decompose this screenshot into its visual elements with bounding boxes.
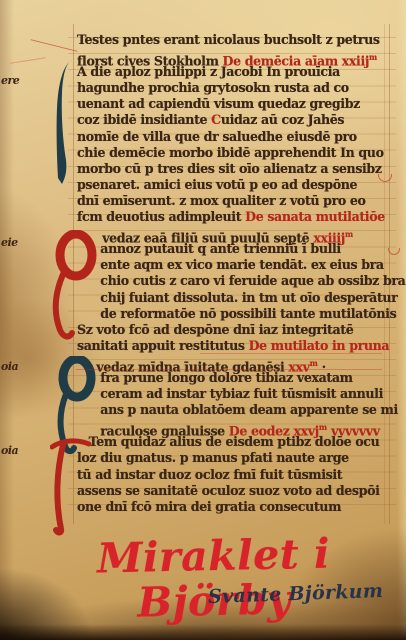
- manuscript-line: raculose gnaluisse De eodez xxvjm vvvvvv…: [77, 419, 385, 435]
- manuscript-line: fra prune longo dolore tibiaz vexatam: [77, 371, 385, 387]
- body-text: ente aqm ex vico marie tendāt. ex eius b…: [100, 258, 383, 273]
- body-text: coz ibidē insidiante: [77, 113, 211, 128]
- left-ruling-line: [73, 24, 74, 524]
- manuscript-line: dnī emīserunt. z mox qualiter z votū pro…: [77, 194, 385, 210]
- margin-fragment: ere: [1, 74, 19, 87]
- manuscript-line: Tem quidaz alius de eisdem ptibz dolōe o…: [77, 435, 385, 451]
- manuscript-line: vedaz eaā filiū suū puulū septē xxiiijm: [77, 226, 385, 242]
- body-text: uenant ad capiendū visum quedaz gregibz: [77, 97, 360, 112]
- manuscript-line: fcm deuotius adimpleuit De sanata mutila…: [77, 210, 385, 226]
- manuscript-line: hagundhe prochia grytosokn rusta ad co: [77, 81, 385, 97]
- manuscript-line: coz ibidē insidiante Cuidaz aū coz Jahēs: [77, 113, 385, 129]
- body-text: Testes pntes erant nicolaus buchsolt z p…: [77, 33, 380, 48]
- rubric-text: De sanata mutilatiōe: [245, 210, 385, 225]
- body-text: Sz voto fcō ad despōne dnī iaz integrita…: [77, 323, 353, 338]
- manuscript-line: Sz voto fcō ad despōne dnī iaz integrita…: [77, 323, 385, 339]
- manuscript-line: morbo cū p tres dies sit oīo alienatz a …: [77, 162, 385, 178]
- rubric-text: m: [369, 52, 377, 62]
- body-text: nomīe de villa que dr saluedhe eiusdē pr…: [77, 130, 357, 145]
- red-margin-mark: [388, 248, 400, 255]
- manuscript-line: ente aqm ex vico marie tendāt. ex eius b…: [77, 258, 385, 274]
- red-pen-scratch: [10, 57, 46, 64]
- body-text: ans p nauta oblatōem deam apparente se m…: [100, 403, 398, 418]
- manuscript-line: ceram ad instar tybiaz fuit tūsmisit ann…: [77, 387, 385, 403]
- book-cover-manuscript-photo: Testes pntes erant nicolaus buchsolt z p…: [0, 0, 406, 640]
- manuscript-line: nomīe de villa que dr saluedhe eiusdē pr…: [77, 130, 385, 146]
- body-text: ceram ad instar tybiaz fuit tūsmisit ann…: [100, 387, 383, 402]
- manuscript-line: chio cutis z caro vi feruide aque ab oss…: [77, 274, 385, 290]
- body-text: assens se sanitatē oculoz suoz voto ad d…: [77, 484, 380, 499]
- body-text: chie demēcie morbo ibidē apprehendit In …: [77, 146, 384, 161]
- rubric-text: C: [211, 113, 221, 128]
- manuscript-line: de reformatōe nō possibili tante mutilat…: [77, 307, 385, 323]
- initial-i-blue: [56, 58, 78, 192]
- red-ruled-line: [76, 369, 382, 370]
- body-text: Tem quidaz alius de eisdem ptibz dolōe o…: [89, 435, 380, 450]
- manuscript-line: tū ad instar duoz ocloz fmī fuit tūsmisi…: [77, 468, 385, 484]
- body-text: de reformatōe nō possibili tante mutilat…: [100, 307, 396, 322]
- manuscript-line: psenaret. amici eius votū p eo ad despōn…: [77, 178, 385, 194]
- manuscript-text-block: Testes pntes erant nicolaus buchsolt z p…: [77, 33, 385, 516]
- book-title: Miraklet i Björby: [43, 530, 385, 627]
- body-text: psenaret. amici eius votū p eo ad despōn…: [77, 178, 357, 193]
- body-text: chio cutis z caro vi feruide aque ab oss…: [100, 274, 405, 289]
- manuscript-line: one dnī fcō mira dei gratia consecutum: [77, 500, 385, 516]
- manuscript-line: uenant ad capiendū visum quedaz gregibz: [77, 97, 385, 113]
- manuscript-line: ans p nauta oblatōem deam apparente se m…: [77, 403, 385, 419]
- manuscript-line: florst cives Stokholm De demēcia aīam xx…: [77, 49, 385, 65]
- body-text: dnī emīserunt. z mox qualiter z votū pro…: [77, 194, 366, 209]
- body-text: tū ad instar duoz ocloz fmī fuit tūsmisi…: [77, 468, 342, 483]
- red-ruled-line: [200, 353, 382, 354]
- red-pen-scratch: [31, 39, 78, 52]
- body-text: sanitati appuit restitutus: [77, 339, 249, 354]
- manuscript-line: Testes pntes erant nicolaus buchsolt z p…: [77, 33, 385, 49]
- margin-fragment: oia: [1, 360, 18, 373]
- body-text: A die aploz philippi z Jacobi In prouīci…: [77, 65, 340, 80]
- margin-fragment: eie: [1, 236, 18, 249]
- body-text: fra prune longo dolore tibiaz vexatam: [100, 371, 352, 386]
- manuscript-line: chie demēcie morbo ibidē apprehendit In …: [77, 146, 385, 162]
- body-text: one dnī fcō mira dei gratia consecutum: [77, 500, 341, 515]
- rubric-text: De mutilato in pruna: [249, 339, 390, 354]
- manuscript-line: loz diu gnatus. p manus pfati naute arge: [77, 451, 385, 467]
- body-text: uidaz aū coz Jahēs: [221, 113, 344, 128]
- body-text: chij fuiant dissoluta. in tm ut oīo desp…: [100, 291, 397, 306]
- body-text: annoz putauit q ante trienniū ī bulli: [100, 242, 341, 257]
- manuscript-line: assens se sanitatē oculoz suoz voto ad d…: [77, 484, 385, 500]
- body-text: loz diu gnatus. p manus pfati naute arge: [77, 451, 349, 466]
- body-text: fcm deuotius adimpleuit: [77, 210, 245, 225]
- manuscript-line: annoz putauit q ante trienniū ī bulli: [77, 242, 385, 258]
- margin-fragment: oia: [1, 444, 18, 457]
- body-text: hagundhe prochia grytosokn rusta ad co: [77, 81, 349, 96]
- rubric-text: m: [319, 422, 327, 432]
- manuscript-line: chij fuiant dissoluta. in tm ut oīo desp…: [77, 291, 385, 307]
- manuscript-line: A die aploz philippi z Jacobi In prouīci…: [77, 65, 385, 81]
- rubric-text: m: [345, 229, 353, 239]
- body-text: morbo cū p tres dies sit oīo alienatz a …: [77, 162, 382, 177]
- rubric-text: m: [310, 358, 318, 368]
